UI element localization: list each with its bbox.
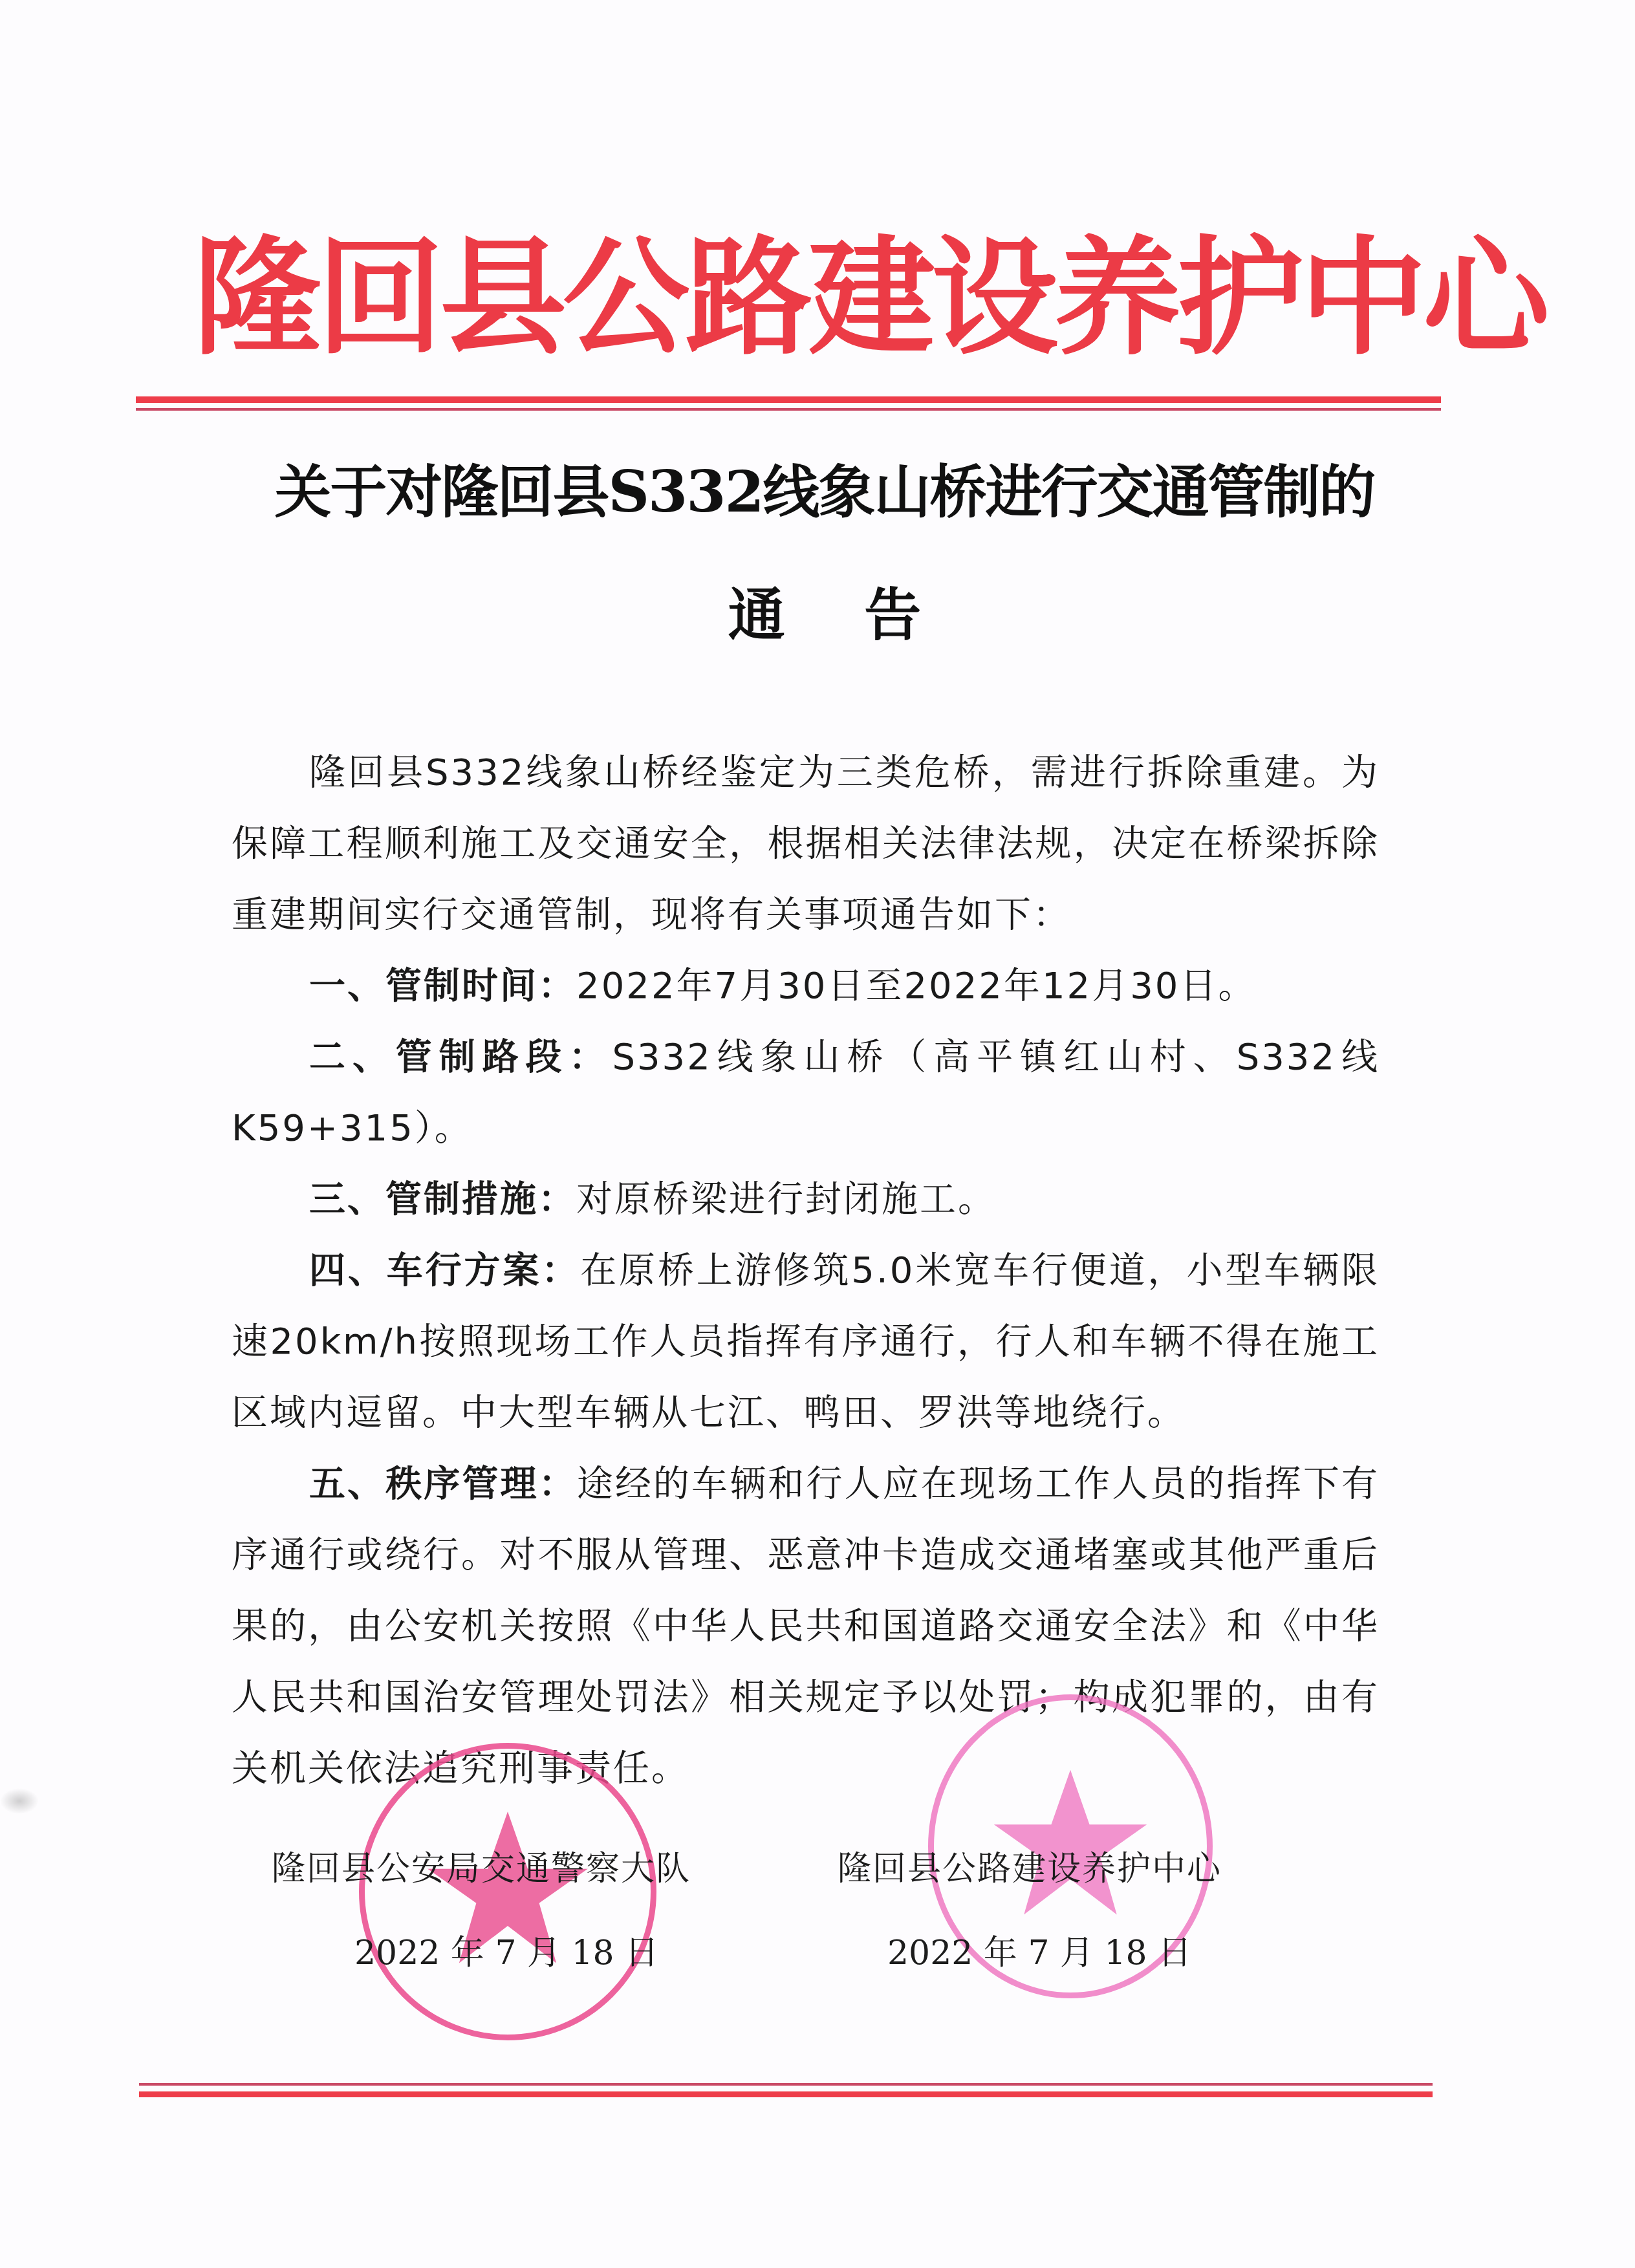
footer-rule-thin xyxy=(139,2083,1433,2086)
seal-traffic-police xyxy=(359,1743,656,2040)
signature-org-traffic-police: 隆回县公安局交通警察大队 xyxy=(272,1846,691,1892)
item-traffic-plan: 四、车行方案：在原桥上游修筑5.0米宽车行便道，小型车辆限速20km/h按照现场… xyxy=(232,1235,1380,1449)
signature-date-left: 2022 年 7 月 18 日 xyxy=(354,1930,658,1976)
signature-org-highway-center: 隆回县公路建设养护中心 xyxy=(838,1846,1222,1892)
masthead-org-name: 隆回县公路建设养护中心 xyxy=(194,213,1455,382)
item-text: 途经的车辆和行人应在现场工作人员的指挥下有序通行或绕行。对不服从管理、恶意冲卡造… xyxy=(232,1463,1380,1789)
item-text: 2022年7月30日至2022年12月30日。 xyxy=(576,965,1256,1007)
scan-artifact xyxy=(0,1788,39,1814)
item-label: 二、管制路段： xyxy=(309,1036,612,1078)
signature-date-right: 2022 年 7 月 18 日 xyxy=(887,1930,1191,1976)
item-label: 四、车行方案： xyxy=(309,1249,580,1291)
intro-paragraph: 隆回县S332线象山桥经鉴定为三类危桥，需进行拆除重建。为保障工程顺利施工及交通… xyxy=(232,737,1380,951)
item-label: 五、秩序管理： xyxy=(309,1463,577,1505)
item-label: 一、管制时间： xyxy=(309,965,576,1007)
star-icon xyxy=(365,1749,651,2035)
item-text: 对原桥梁进行封闭施工。 xyxy=(576,1178,996,1220)
notice-body: 隆回县S332线象山桥经鉴定为三类危桥，需进行拆除重建。为保障工程顺利施工及交通… xyxy=(232,737,1380,1804)
masthead-rule-thin xyxy=(136,408,1441,411)
footer-rule-thick xyxy=(139,2091,1433,2097)
item-label: 三、管制措施： xyxy=(309,1178,576,1220)
document-title: 关于对隆回县S332线象山桥进行交通管制的 xyxy=(194,453,1455,530)
masthead-rule-thick xyxy=(136,396,1441,403)
item-time: 一、管制时间：2022年7月30日至2022年12月30日。 xyxy=(232,951,1380,1022)
document-subtitle: 通 告 xyxy=(194,576,1455,653)
item-section: 二、管制路段：S332线象山桥（高平镇红山村、S332线K59+315）。 xyxy=(232,1022,1380,1164)
item-measures: 三、管制措施：对原桥梁进行封闭施工。 xyxy=(232,1164,1380,1235)
